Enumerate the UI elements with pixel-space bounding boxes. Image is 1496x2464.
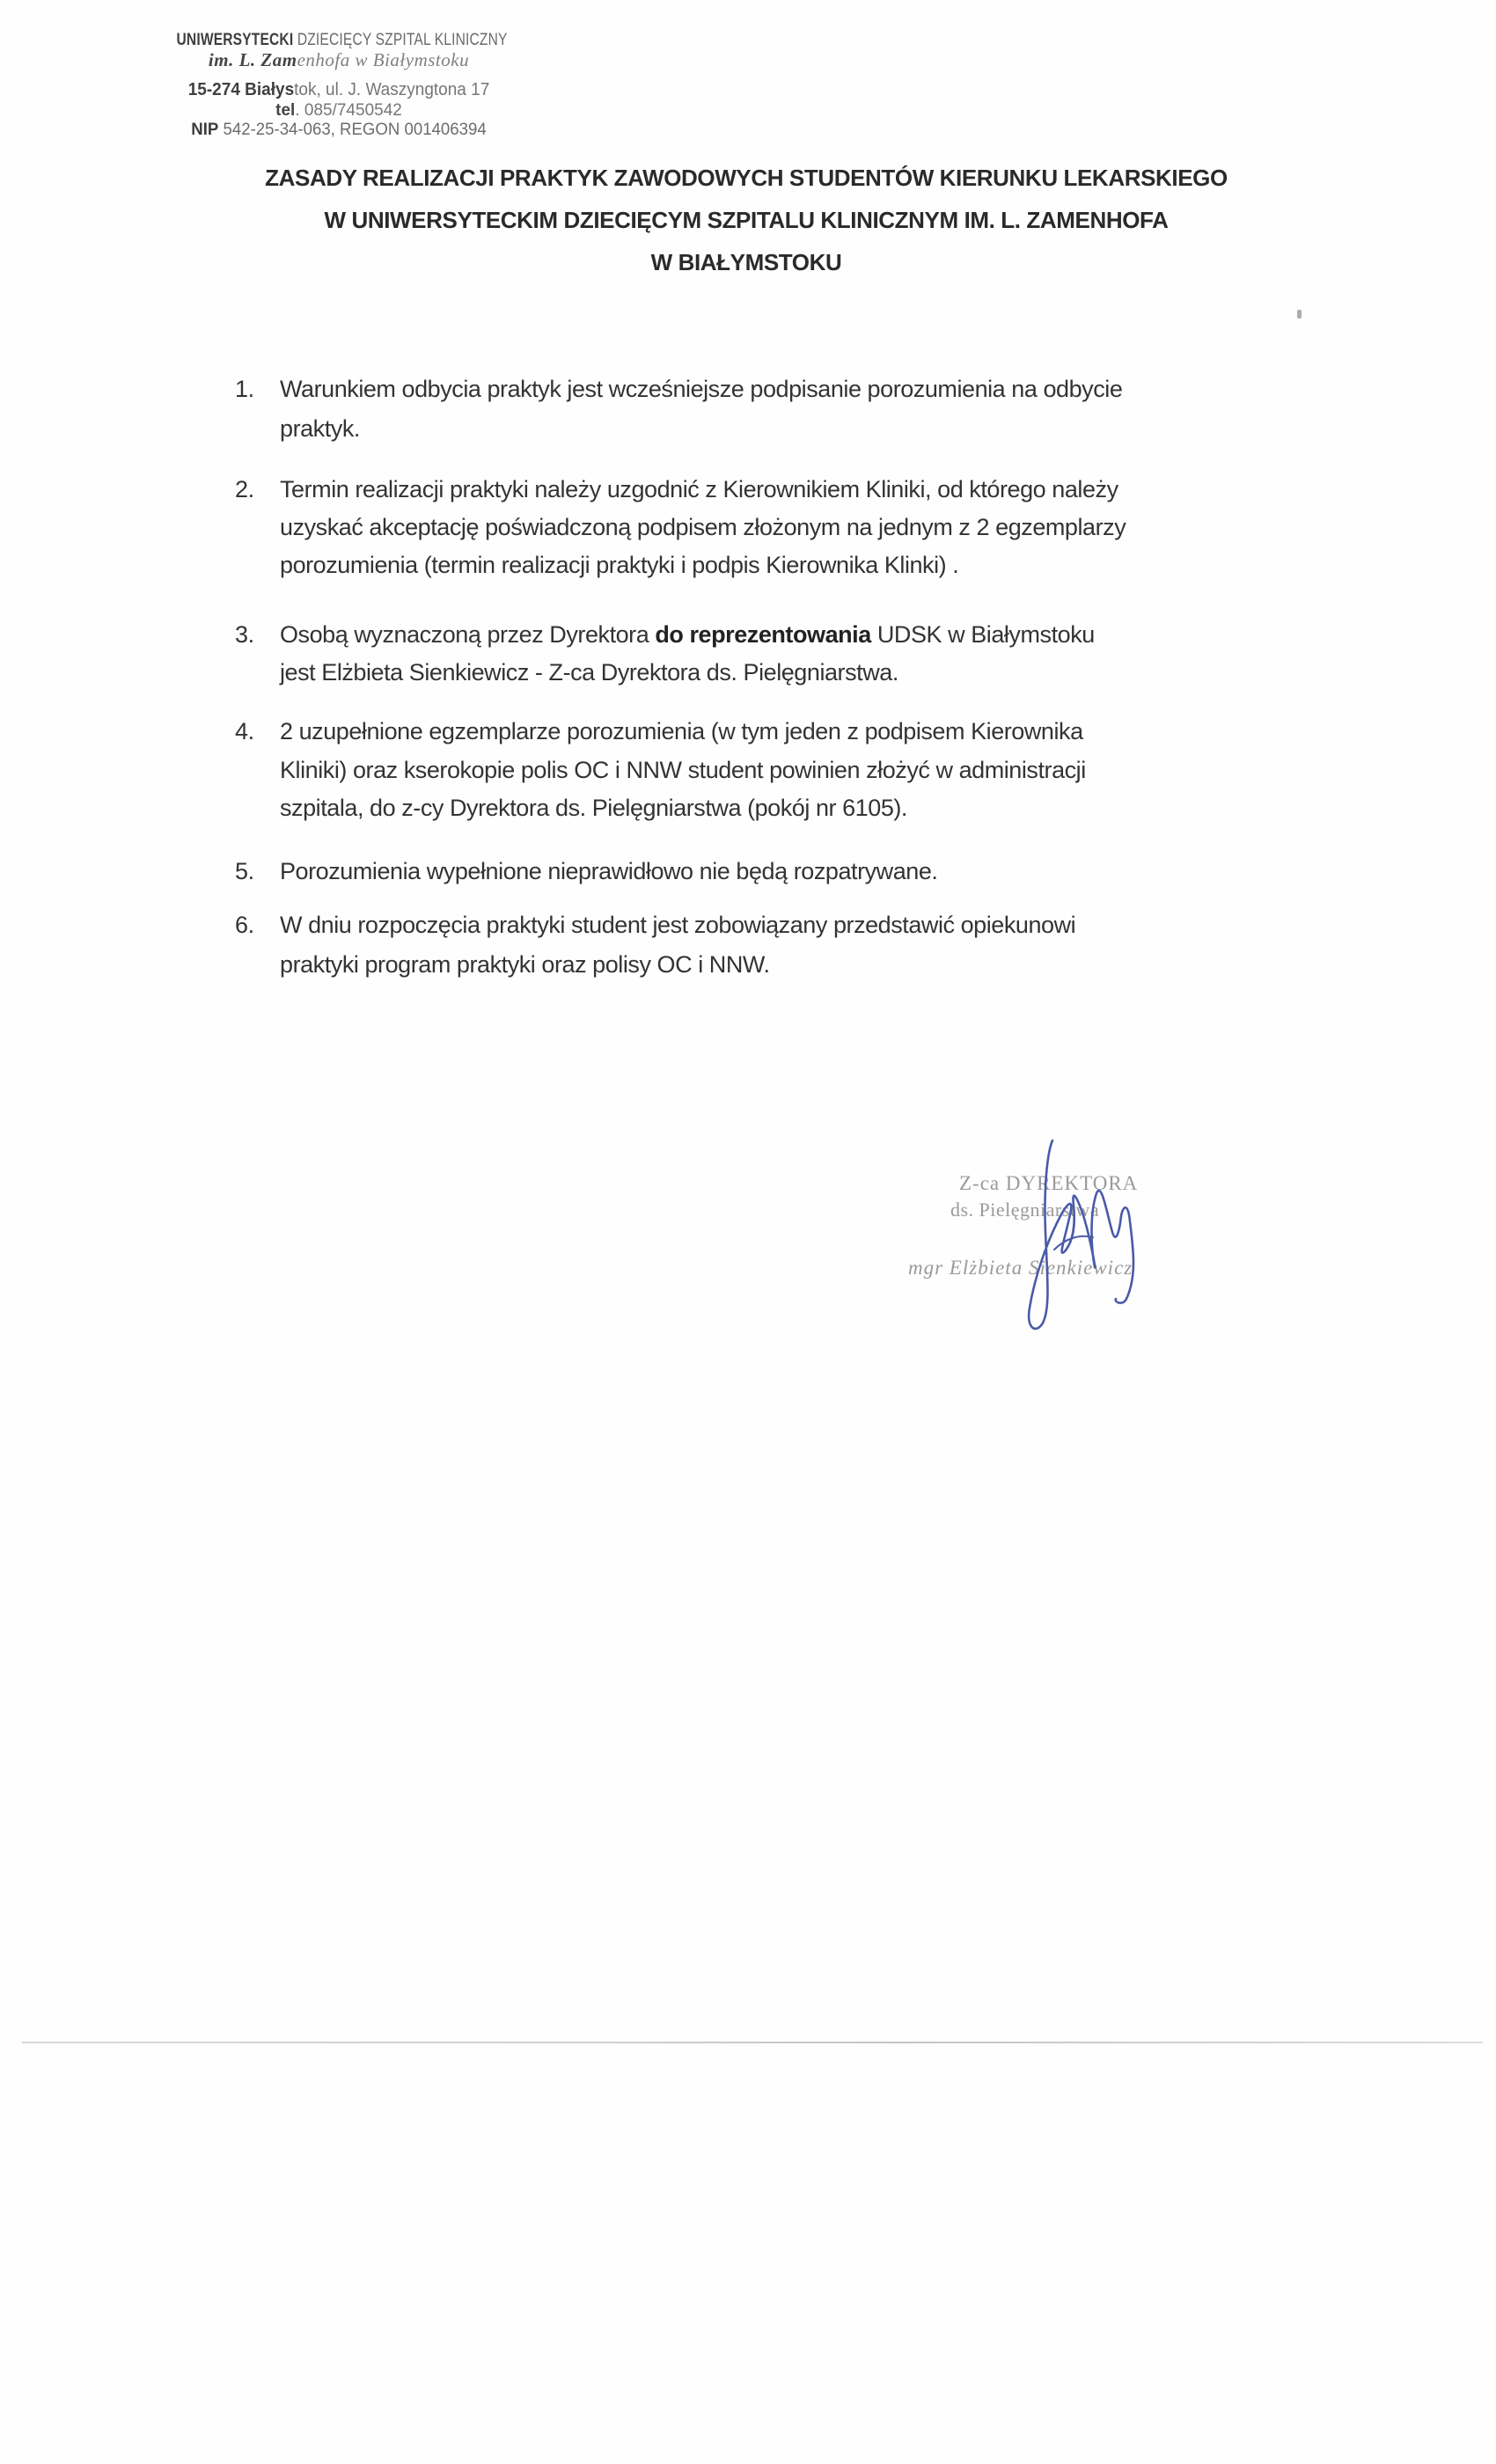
list-item-number: 4. [235,718,254,745]
title-line-2: W UNIWERSYTECKIM DZIECIĘCYM SZPITALU KLI… [0,207,1492,234]
list-item-line: porozumienia (termin realizacji praktyki… [280,552,958,579]
list-item-number: 1. [235,376,254,403]
title-line-3: W BIAŁYMSTOKU [0,249,1492,276]
list-item-number: 2. [235,476,254,503]
list-item-line: 2 uzupełnione egzemplarze porozumienia (… [280,718,1083,745]
emphasis-text: do reprezentowania [655,621,870,648]
document-page: UNIWERSYTECKI DZIECIĘCY SZPITAL KLINICZN… [0,0,1496,2464]
list-item-line: szpitala, do z-cy Dyrektora ds. Pielęgni… [280,795,907,822]
stamp-line-phone: tel. 085/7450542 [141,102,537,119]
list-item-line: Warunkiem odbycia praktyk jest wcześniej… [280,376,1122,403]
list-item-line: Kliniki) oraz kserokopie polis OC i NNW … [280,757,1086,784]
stamp-line-hospital-name: UNIWERSYTECKI DZIECIĘCY SZPITAL KLINICZN… [177,32,502,48]
title-line-1: ZASADY REALIZACJI PRAKTYK ZAWODOWYCH STU… [0,165,1492,192]
list-item-line: praktyki program praktyki oraz polisy OC… [280,951,770,979]
list-item-number: 3. [235,621,254,649]
list-item-number: 6. [235,912,254,939]
list-item-line: Termin realizacji praktyki należy uzgodn… [280,476,1118,503]
list-item-line: W dniu rozpoczęcia praktyki student jest… [280,912,1075,939]
stamp-line-tax-ids: NIP 542-25-34-063, REGON 001406394 [145,121,533,138]
scan-speck [1297,310,1302,319]
bottom-divider [22,2042,1483,2043]
list-item-line: Osobą wyznaczoną przez Dyrektora do repr… [280,621,1095,649]
list-item-number: 5. [235,858,254,885]
list-item-line: praktyk. [280,415,360,443]
list-item-line: Porozumienia wypełnione nieprawidłowo ni… [280,858,937,885]
stamp-line-address: 15-274 Białystok, ul. J. Waszyngtona 17 [150,81,527,99]
stamp-line-patron: im. L. Zamenhofa w Białymstoku [141,51,537,70]
handwritten-signature [1012,1135,1188,1338]
list-item-line: uzyskać akceptację poświadczoną podpisem… [280,514,1126,541]
list-item-line: jest Elżbieta Sienkiewicz - Z-ca Dyrekto… [280,659,898,686]
